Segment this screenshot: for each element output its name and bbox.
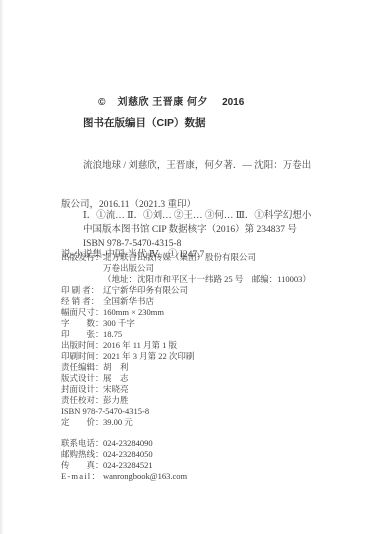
contact-value: 024-23284521 [103, 460, 153, 471]
contact-value: wanrongbook@163.com [103, 471, 187, 482]
info-label: 版式设计： [61, 373, 103, 384]
info-row-layout-designer: 版式设计： 展 志 [61, 373, 341, 384]
info-label: 字 数： [61, 318, 103, 329]
contact-value: 024-23284050 [103, 449, 153, 460]
info-row-dimensions: 幅面尺寸： 160mm × 230mm [61, 307, 341, 318]
info-row-price: 定 价： 39.00 元 [61, 417, 341, 428]
info-row-word-count: 字 数： 300 千字 [61, 318, 341, 329]
info-value: 2016 年 11 月第 1 版 [103, 340, 177, 351]
info-label: 幅面尺寸： [61, 307, 103, 318]
info-row-printer: 印 刷 者： 辽宁新华印务有限公司 [61, 285, 341, 296]
info-value: 辽宁新华印务有限公司 [103, 285, 188, 296]
info-label: 印刷时间： [61, 351, 103, 362]
info-value: 万卷出版公司 [103, 263, 154, 274]
info-row-distributor: 经 销 者： 全国新华书店 [61, 296, 341, 307]
info-label: 印 刷 者： [61, 285, 103, 296]
info-label: 印 张： [61, 329, 103, 340]
info-label: 定 价： [61, 417, 103, 428]
info-label: 出版时间： [61, 340, 103, 351]
info-label: 责任校对： [61, 395, 103, 406]
info-label: 经 销 者： [61, 296, 103, 307]
info-value: 2021 年 3 月第 22 次印刷 [103, 351, 194, 362]
contact-value: 024-23284090 [103, 438, 153, 449]
info-value: 39.00 元 [103, 417, 133, 428]
contact-info: 联系电话： 024-23284090 邮购热线： 024-23284050 传 … [61, 438, 341, 482]
info-row-cover-designer: 封面设计： 宋晓亮 [61, 384, 341, 395]
info-label: 出版发行： [61, 252, 103, 263]
contact-label: 传 真： [61, 460, 103, 471]
info-label: 封面设计： [61, 384, 103, 395]
contact-row-phone: 联系电话： 024-23284090 [61, 438, 341, 449]
info-value: 展 志 [103, 373, 129, 384]
info-row-editor: 责任编辑： 胡 利 [61, 362, 341, 373]
cip-description-line: 流浪地球 / 刘慈欣，王晋康，何夕著．— 沈阳：万卷出 [61, 160, 327, 173]
contact-label: 联系电话： [61, 438, 103, 449]
info-row-address: （地址：沈阳市和平区十一纬路 25 号 邮编：110003） [61, 274, 341, 285]
info-value: 北方联合出版传媒（集团）股份有限公司 [103, 252, 256, 263]
info-row-publisher-cont: 万卷出版公司 [61, 263, 341, 274]
info-value: 18.75 [103, 329, 122, 340]
contact-label: 邮购热线： [61, 449, 103, 460]
copyright-line: ©刘慈欣 王晋康 何夕2016 [87, 82, 244, 119]
copyright-year: 2016 [222, 97, 244, 108]
contact-row-fax: 传 真： 024-23284521 [61, 460, 341, 471]
info-value: ISBN 978-7-5470-4315-8 [61, 406, 149, 417]
info-row-publish-date: 出版时间： 2016 年 11 月第 1 版 [61, 340, 341, 351]
contact-row-mail-order: 邮购热线： 024-23284050 [61, 449, 341, 460]
cip-record-number: 中国版本图书馆 CIP 数据核字（2016）第 234837 号 [83, 221, 297, 235]
info-value: 胡 利 [103, 362, 129, 373]
info-row-isbn: ISBN 978-7-5470-4315-8 [61, 406, 341, 417]
publication-info: 出版发行： 北方联合出版传媒（集团）股份有限公司 万卷出版公司 （地址：沈阳市和… [61, 252, 341, 428]
info-value: 宋晓亮 [103, 384, 129, 395]
copyright-page: ©刘慈欣 王晋康 何夕2016 图书在版编目（CIP）数据 流浪地球 / 刘慈欣… [0, 0, 375, 534]
info-label [61, 263, 103, 274]
info-label: 责任编辑： [61, 362, 103, 373]
copyright-symbol: © [98, 97, 105, 108]
info-value: 彭力胜 [103, 395, 129, 406]
info-row-publisher: 出版发行： 北方联合出版传媒（集团）股份有限公司 [61, 252, 341, 263]
info-row-proofreader: 责任校对： 彭力胜 [61, 395, 341, 406]
scan-edge [0, 0, 4, 534]
contact-label: E-mail： [61, 471, 103, 482]
info-value: （地址：沈阳市和平区十一纬路 25 号 邮编：110003） [103, 274, 311, 285]
info-label [61, 274, 103, 285]
info-row-print-date: 印刷时间： 2021 年 3 月第 22 次印刷 [61, 351, 341, 362]
cip-heading: 图书在版编目（CIP）数据 [83, 115, 206, 130]
contact-row-email: E-mail： wanrongbook@163.com [61, 471, 341, 482]
info-value: 160mm × 230mm [103, 307, 164, 318]
info-row-sheets: 印 张： 18.75 [61, 329, 341, 340]
info-value: 全国新华书店 [103, 296, 154, 307]
author-names: 刘慈欣 王晋康 何夕 [118, 97, 209, 108]
info-value: 300 千字 [103, 318, 135, 329]
